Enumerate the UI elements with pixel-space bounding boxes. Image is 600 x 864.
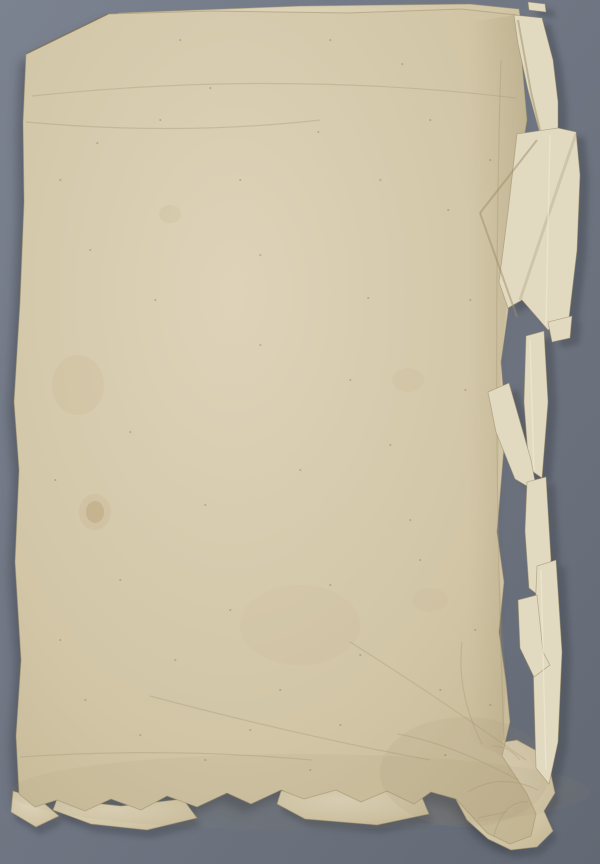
document-photograph: [0, 0, 600, 864]
stain: [159, 205, 181, 223]
stain: [392, 368, 424, 392]
stain: [86, 501, 104, 523]
corner-shading: [380, 717, 550, 827]
stain: [52, 355, 104, 415]
stain: [412, 588, 448, 612]
stain: [240, 585, 360, 665]
photo-canvas: [0, 0, 600, 864]
